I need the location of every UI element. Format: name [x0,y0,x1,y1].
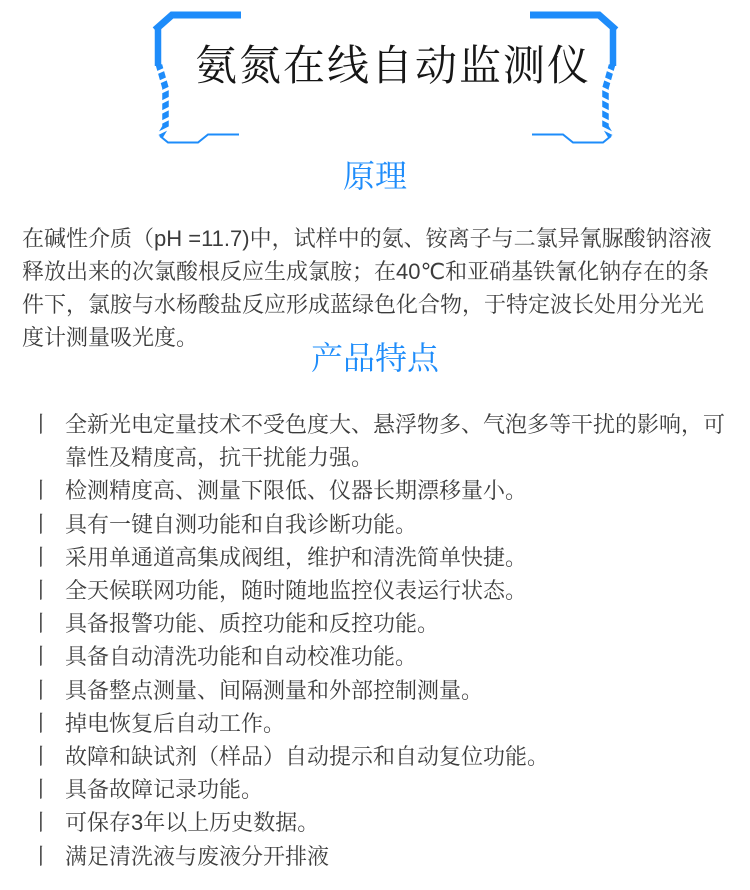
page-title: 氨氮在线自动监测仪 [18,42,750,90]
feature-item-text: 具备整点测量、间隔测量和外部控制测量。 [65,674,483,707]
feature-bullet-marker: 丨 [30,607,52,640]
feature-list-item: 丨 掉电恢复后自动工作。 [30,707,730,740]
feature-bullet-marker: 丨 [30,840,52,873]
product-document-page: 氨氮在线自动监测仪 原理 在碱性介质（pH =11.7)中，试样中的氨、铵离子与… [0,4,750,873]
feature-bullet-marker: 丨 [30,740,52,773]
feature-bullet-marker: 丨 [30,707,52,740]
feature-item-text: 故障和缺试剂（样品）自动提示和自动复位功能。 [65,740,549,773]
feature-item-text: 具有一键自测功能和自我诊断功能。 [65,508,417,541]
feature-list-item: 丨 采用单通道高集成阀组，维护和清洗简单快捷。 [30,541,730,574]
feature-bullet-marker: 丨 [30,474,52,507]
feature-bullet-marker: 丨 [30,674,52,707]
feature-item-text: 采用单通道高集成阀组，维护和清洗简单快捷。 [65,541,527,574]
feature-bullet-marker: 丨 [30,640,52,673]
feature-bullet-marker: 丨 [30,574,52,607]
feature-bullet-marker: 丨 [30,541,52,574]
feature-list-item: 丨 具备报警功能、质控功能和反控功能。 [30,607,730,640]
feature-bullet-marker: 丨 [30,408,52,441]
feature-list-item: 丨 全新光电定量技术不受色度大、悬浮物多、气泡多等干扰的影响，可 靠性及精度高，… [30,408,730,474]
feature-item-text: 掉电恢复后自动工作。 [65,707,285,740]
features-list: 丨 全新光电定量技术不受色度大、悬浮物多、气泡多等干扰的影响，可 靠性及精度高，… [0,408,750,873]
feature-list-item: 丨 检测精度高、测量下限低、仪器长期漂移量小。 [30,474,730,507]
feature-item-text: 具备自动清洗功能和自动校准功能。 [65,640,417,673]
feature-item-text: 全新光电定量技术不受色度大、悬浮物多、气泡多等干扰的影响，可 靠性及精度高，抗干… [65,408,725,474]
feature-item-text: 全天候联网功能，随时随地监控仪表运行状态。 [65,574,527,607]
feature-item-text: 具备故障记录功能。 [65,773,263,806]
feature-list-item: 丨 具备故障记录功能。 [30,773,730,806]
feature-list-item: 丨 故障和缺试剂（样品）自动提示和自动复位功能。 [30,740,730,773]
feature-list-item: 丨 满足清洗液与废液分开排液 [30,840,730,873]
principle-paragraph: 在碱性介质（pH =11.7)中，试样中的氨、铵离子与二氯异氰脲酸钠溶液 释放出… [0,222,750,354]
feature-item-text: 具备报警功能、质控功能和反控功能。 [65,607,439,640]
feature-list-item: 丨 可保存3年以上历史数据。 [30,806,730,839]
feature-item-text: 检测精度高、测量下限低、仪器长期漂移量小。 [65,474,527,507]
feature-item-text: 满足清洗液与废液分开排液 [65,840,329,873]
feature-bullet-marker: 丨 [30,773,52,806]
feature-bullet-marker: 丨 [30,806,52,839]
feature-list-item: 丨 具有一键自测功能和自我诊断功能。 [30,508,730,541]
feature-item-text: 可保存3年以上历史数据。 [65,806,319,839]
principle-section-heading: 原理 [0,158,750,194]
feature-bullet-marker: 丨 [30,508,52,541]
feature-list-item: 丨 全天候联网功能，随时随地监控仪表运行状态。 [30,574,730,607]
title-banner: 氨氮在线自动监测仪 [0,4,750,144]
feature-list-item: 丨 具备自动清洗功能和自动校准功能。 [30,640,730,673]
feature-list-item: 丨 具备整点测量、间隔测量和外部控制测量。 [30,674,730,707]
